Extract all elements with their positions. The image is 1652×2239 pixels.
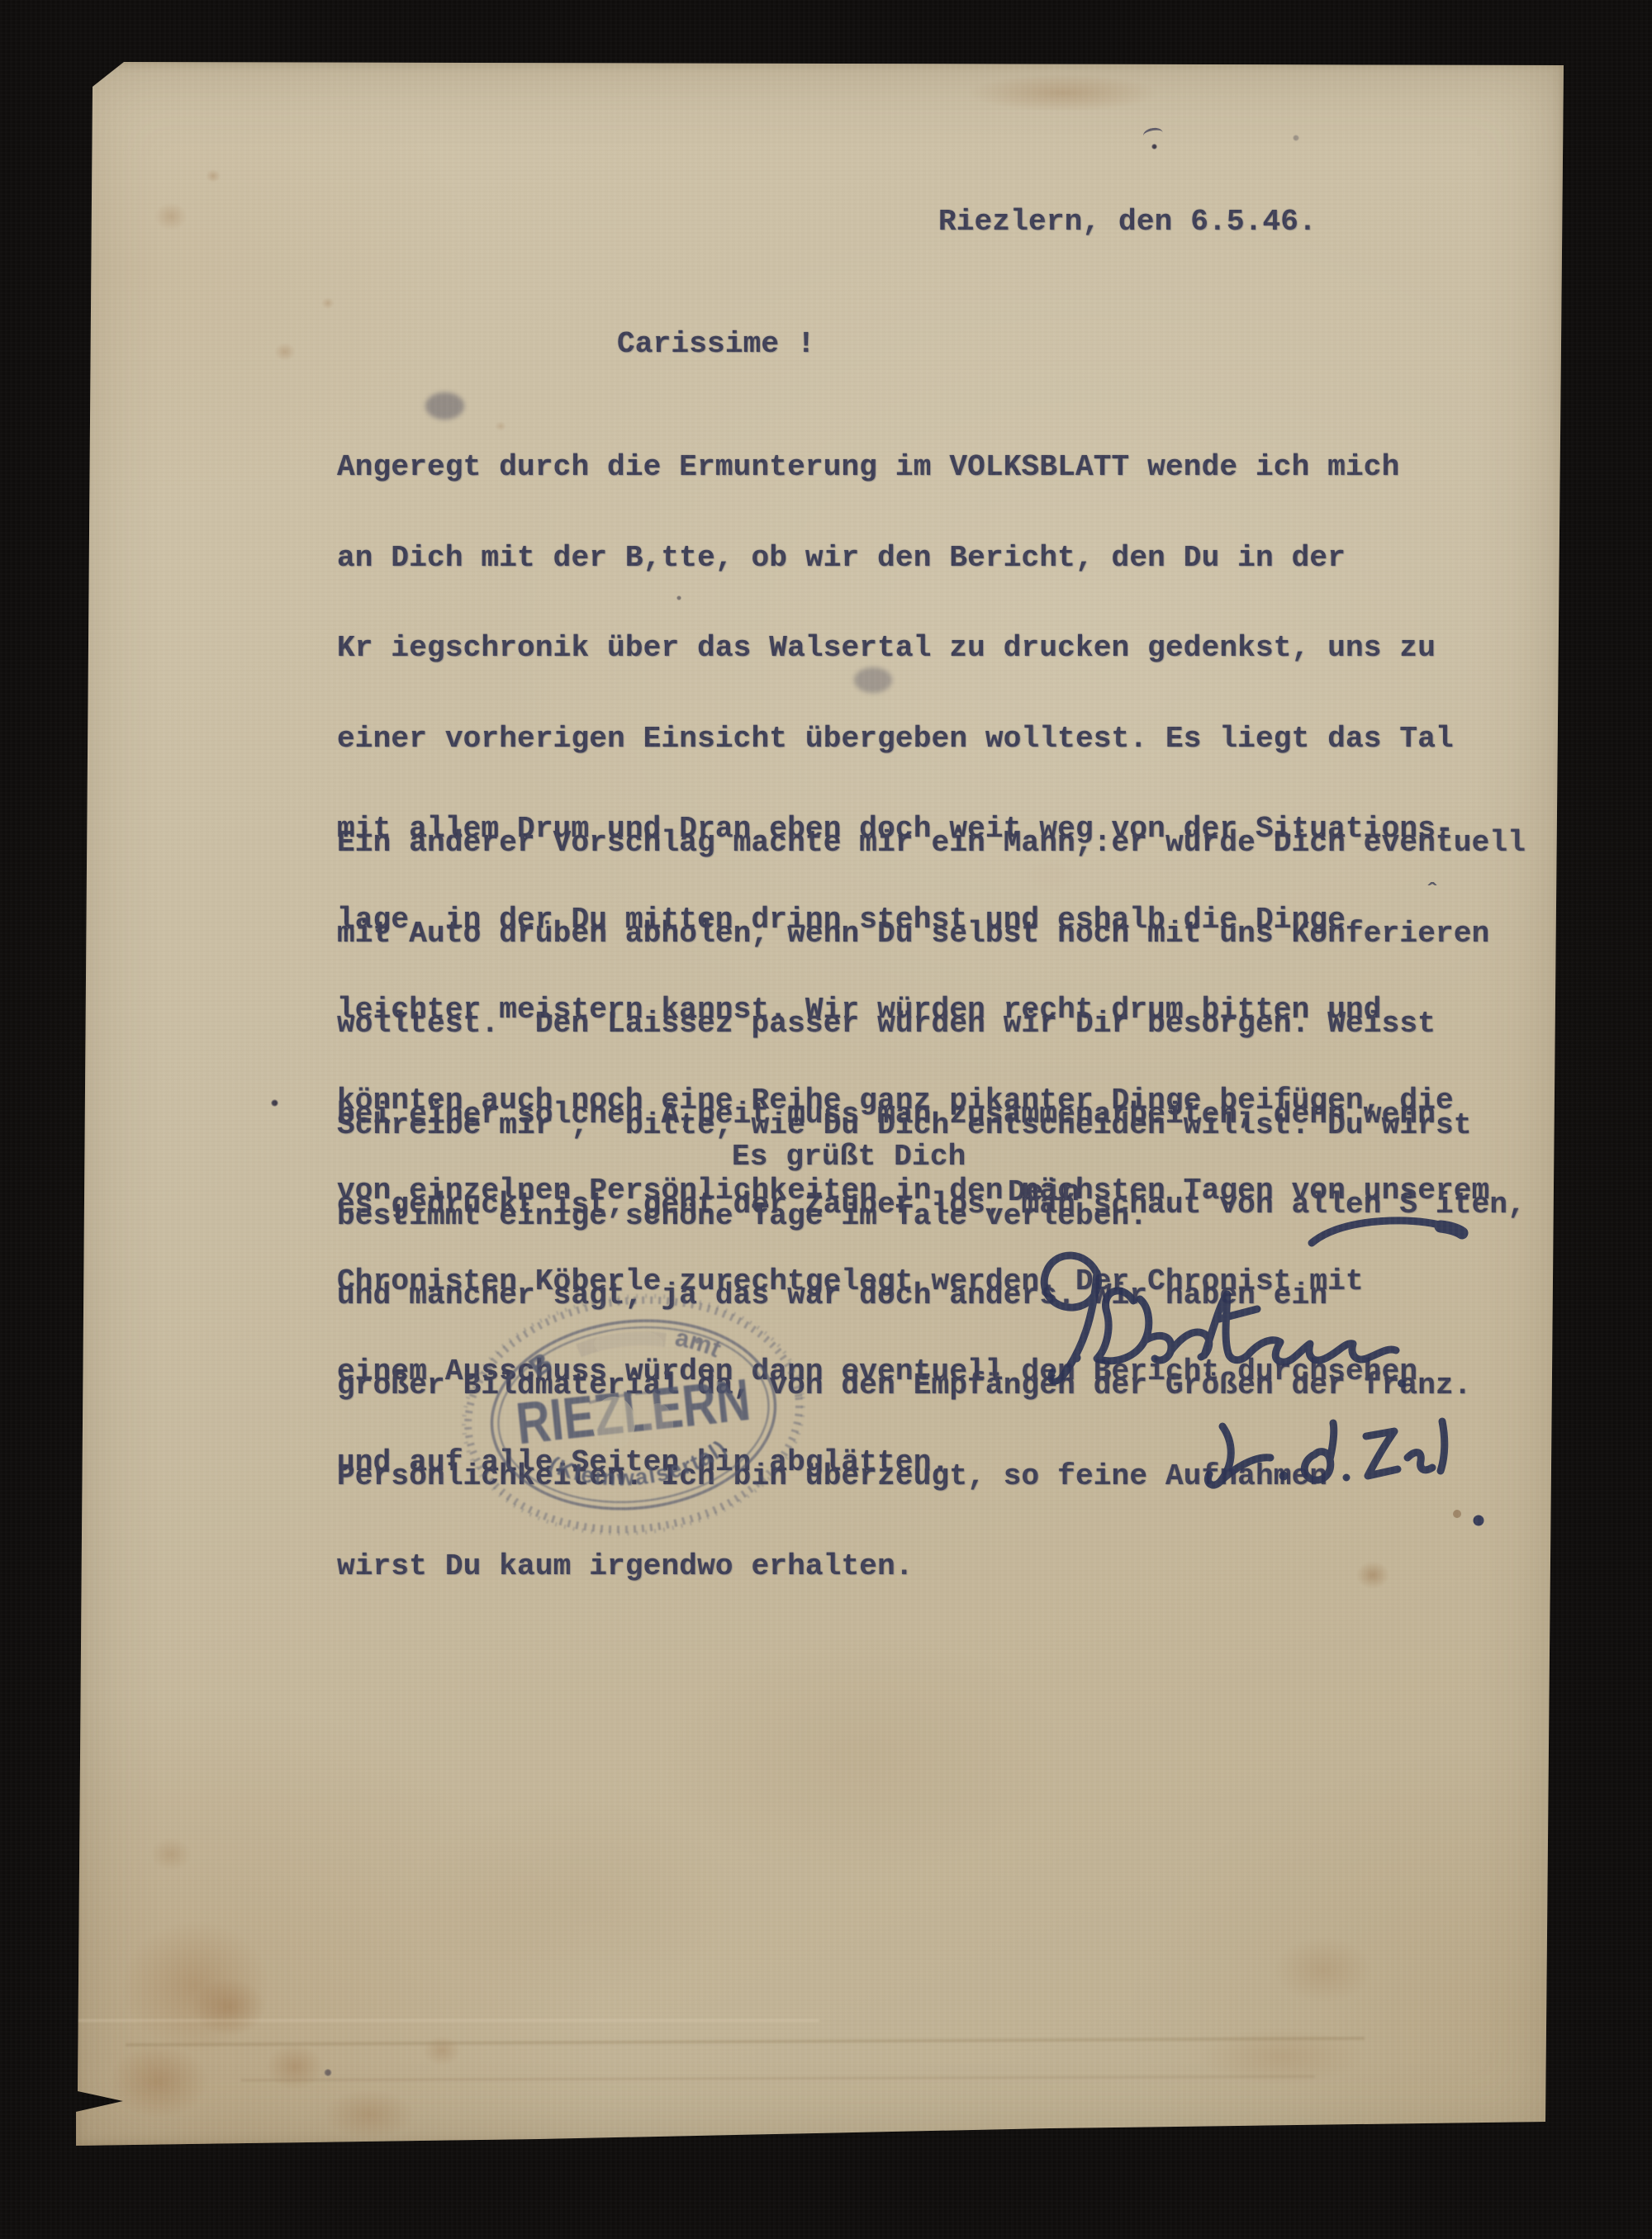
letter-line: Schreibe mir , bitte, wie Du Dich entsch…: [337, 1111, 1472, 1141]
letter-line: Kr iegschronik über das Walsertal zu dru…: [337, 633, 1489, 664]
letter-line: mit Auto drüben abholen, wenn Du selbst …: [337, 919, 1526, 950]
letter-line: einer vorherigen Einsicht übergeben woll…: [337, 724, 1489, 755]
svg-text:B: B: [522, 1345, 558, 1385]
signature-flourish: [1312, 1221, 1452, 1243]
handwritten-signature: [985, 1202, 1563, 1549]
date-line: Riezlern, den 6.5.46.: [938, 207, 1317, 238]
stamp-ink-gap: [592, 1397, 635, 1449]
letter-line: Angeregt durch die Ermunterung im VOLKSB…: [337, 453, 1489, 483]
letter-line: Ein anderer Vorschlag machte mir ein Man…: [337, 828, 1526, 859]
stamp-top-text-start: B: [522, 1345, 558, 1385]
letter-paper: Riezlern, den 6.5.46. Carissime ! Angere…: [76, 62, 1564, 2146]
riezlern-stamp: B amt RIEZLERN (Kleinwalsertal): [456, 1287, 811, 1543]
letter-line: wirst Du kaum irgendwo erhalten.: [337, 1552, 1526, 1582]
letter-line: wolltest. Den Laissez passer würden wir …: [337, 1009, 1526, 1040]
salutation: Carissime !: [617, 330, 815, 360]
letter-line: an Dich mit der B,tte, ob wir den Berich…: [337, 543, 1489, 574]
closing-greeting: Es grüßt Dich: [732, 1142, 966, 1173]
signature-second-line: [1208, 1426, 1270, 1485]
insertion-caret-mark: ˆ: [1425, 880, 1440, 908]
signature-initial-p: [1044, 1255, 1098, 1377]
signature-name: [1097, 1291, 1149, 1361]
